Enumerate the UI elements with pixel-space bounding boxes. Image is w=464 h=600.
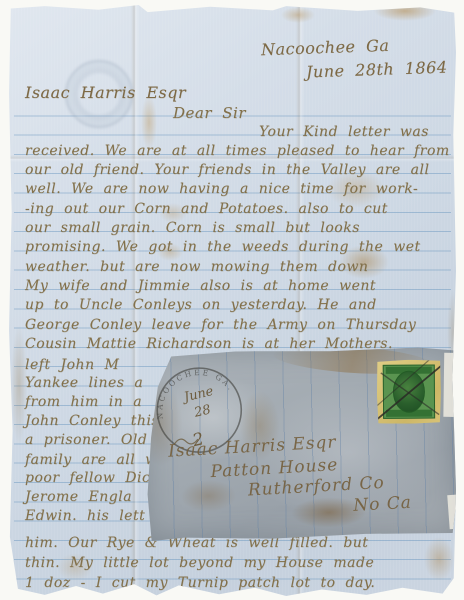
stamp-portrait bbox=[393, 371, 425, 413]
letter-line: George Conley leave for the Army on Thur… bbox=[25, 317, 416, 333]
letter-line: -ing out our Corn and Potatoes. also to … bbox=[25, 201, 388, 217]
stamp-frame bbox=[383, 365, 435, 419]
letter-line: our small grain. Corn is small but looks bbox=[25, 220, 360, 236]
letter-page: Nacoochee Ga June 28th 1864 Isaac Harris… bbox=[9, 5, 456, 596]
stain bbox=[374, 1, 436, 21]
letter-line: well. We are now having a nice time for … bbox=[25, 181, 418, 197]
envelope: NACOOCHEE GA. June 28 2 bbox=[143, 347, 459, 541]
opening-line: Your Kind letter was bbox=[259, 124, 429, 140]
letter-line: 1 doz - I cut my Turnip patch lot to day… bbox=[25, 575, 375, 591]
letter-line: our old friend. Your friends in the Vall… bbox=[25, 162, 429, 178]
salutation: Dear Sir bbox=[173, 104, 246, 122]
letter-line-partial: Yankee lines a bbox=[25, 375, 143, 391]
letter-line-partial: a prisoner. Old bbox=[25, 432, 147, 448]
letter-line: received. We are at all times pleased to… bbox=[25, 143, 450, 159]
envelope-address-line: No Ca bbox=[353, 493, 413, 516]
letter-line: weather. but are now mowing them down bbox=[25, 259, 368, 275]
postage-stamp-icon bbox=[377, 360, 441, 424]
letter-line: up to Uncle Conleys on yesterday. He and bbox=[25, 297, 377, 313]
scanned-document: Nacoochee Ga June 28th 1864 Isaac Harris… bbox=[0, 0, 464, 600]
stain bbox=[281, 7, 315, 23]
letter-line-partial: poor fellow Dick bbox=[25, 470, 159, 486]
letter-line-partial: from him in a bbox=[25, 394, 142, 410]
letter-line-partial: Jerome Engla bbox=[25, 489, 132, 505]
torn-edge bbox=[443, 353, 457, 417]
letter-line: promising. We got in the weeds during th… bbox=[25, 239, 421, 255]
letter-line-partial: John Conley this bbox=[25, 413, 159, 429]
stain bbox=[141, 95, 157, 150]
letter-line-partial: family are all w bbox=[25, 452, 158, 468]
letter-line: Cousin Mattie Richardson is at her Mothe… bbox=[25, 336, 393, 352]
letter-line: thin. My little lot beyond my House made bbox=[25, 555, 374, 571]
letter-line-partial: Edwin. his lett bbox=[25, 508, 145, 524]
recipient-line: Isaac Harris Esqr bbox=[25, 83, 186, 102]
letter-line: My wife and Jimmie also is at home went bbox=[25, 278, 376, 294]
letter-line-partial: left John M bbox=[25, 357, 119, 373]
stain bbox=[424, 537, 454, 581]
